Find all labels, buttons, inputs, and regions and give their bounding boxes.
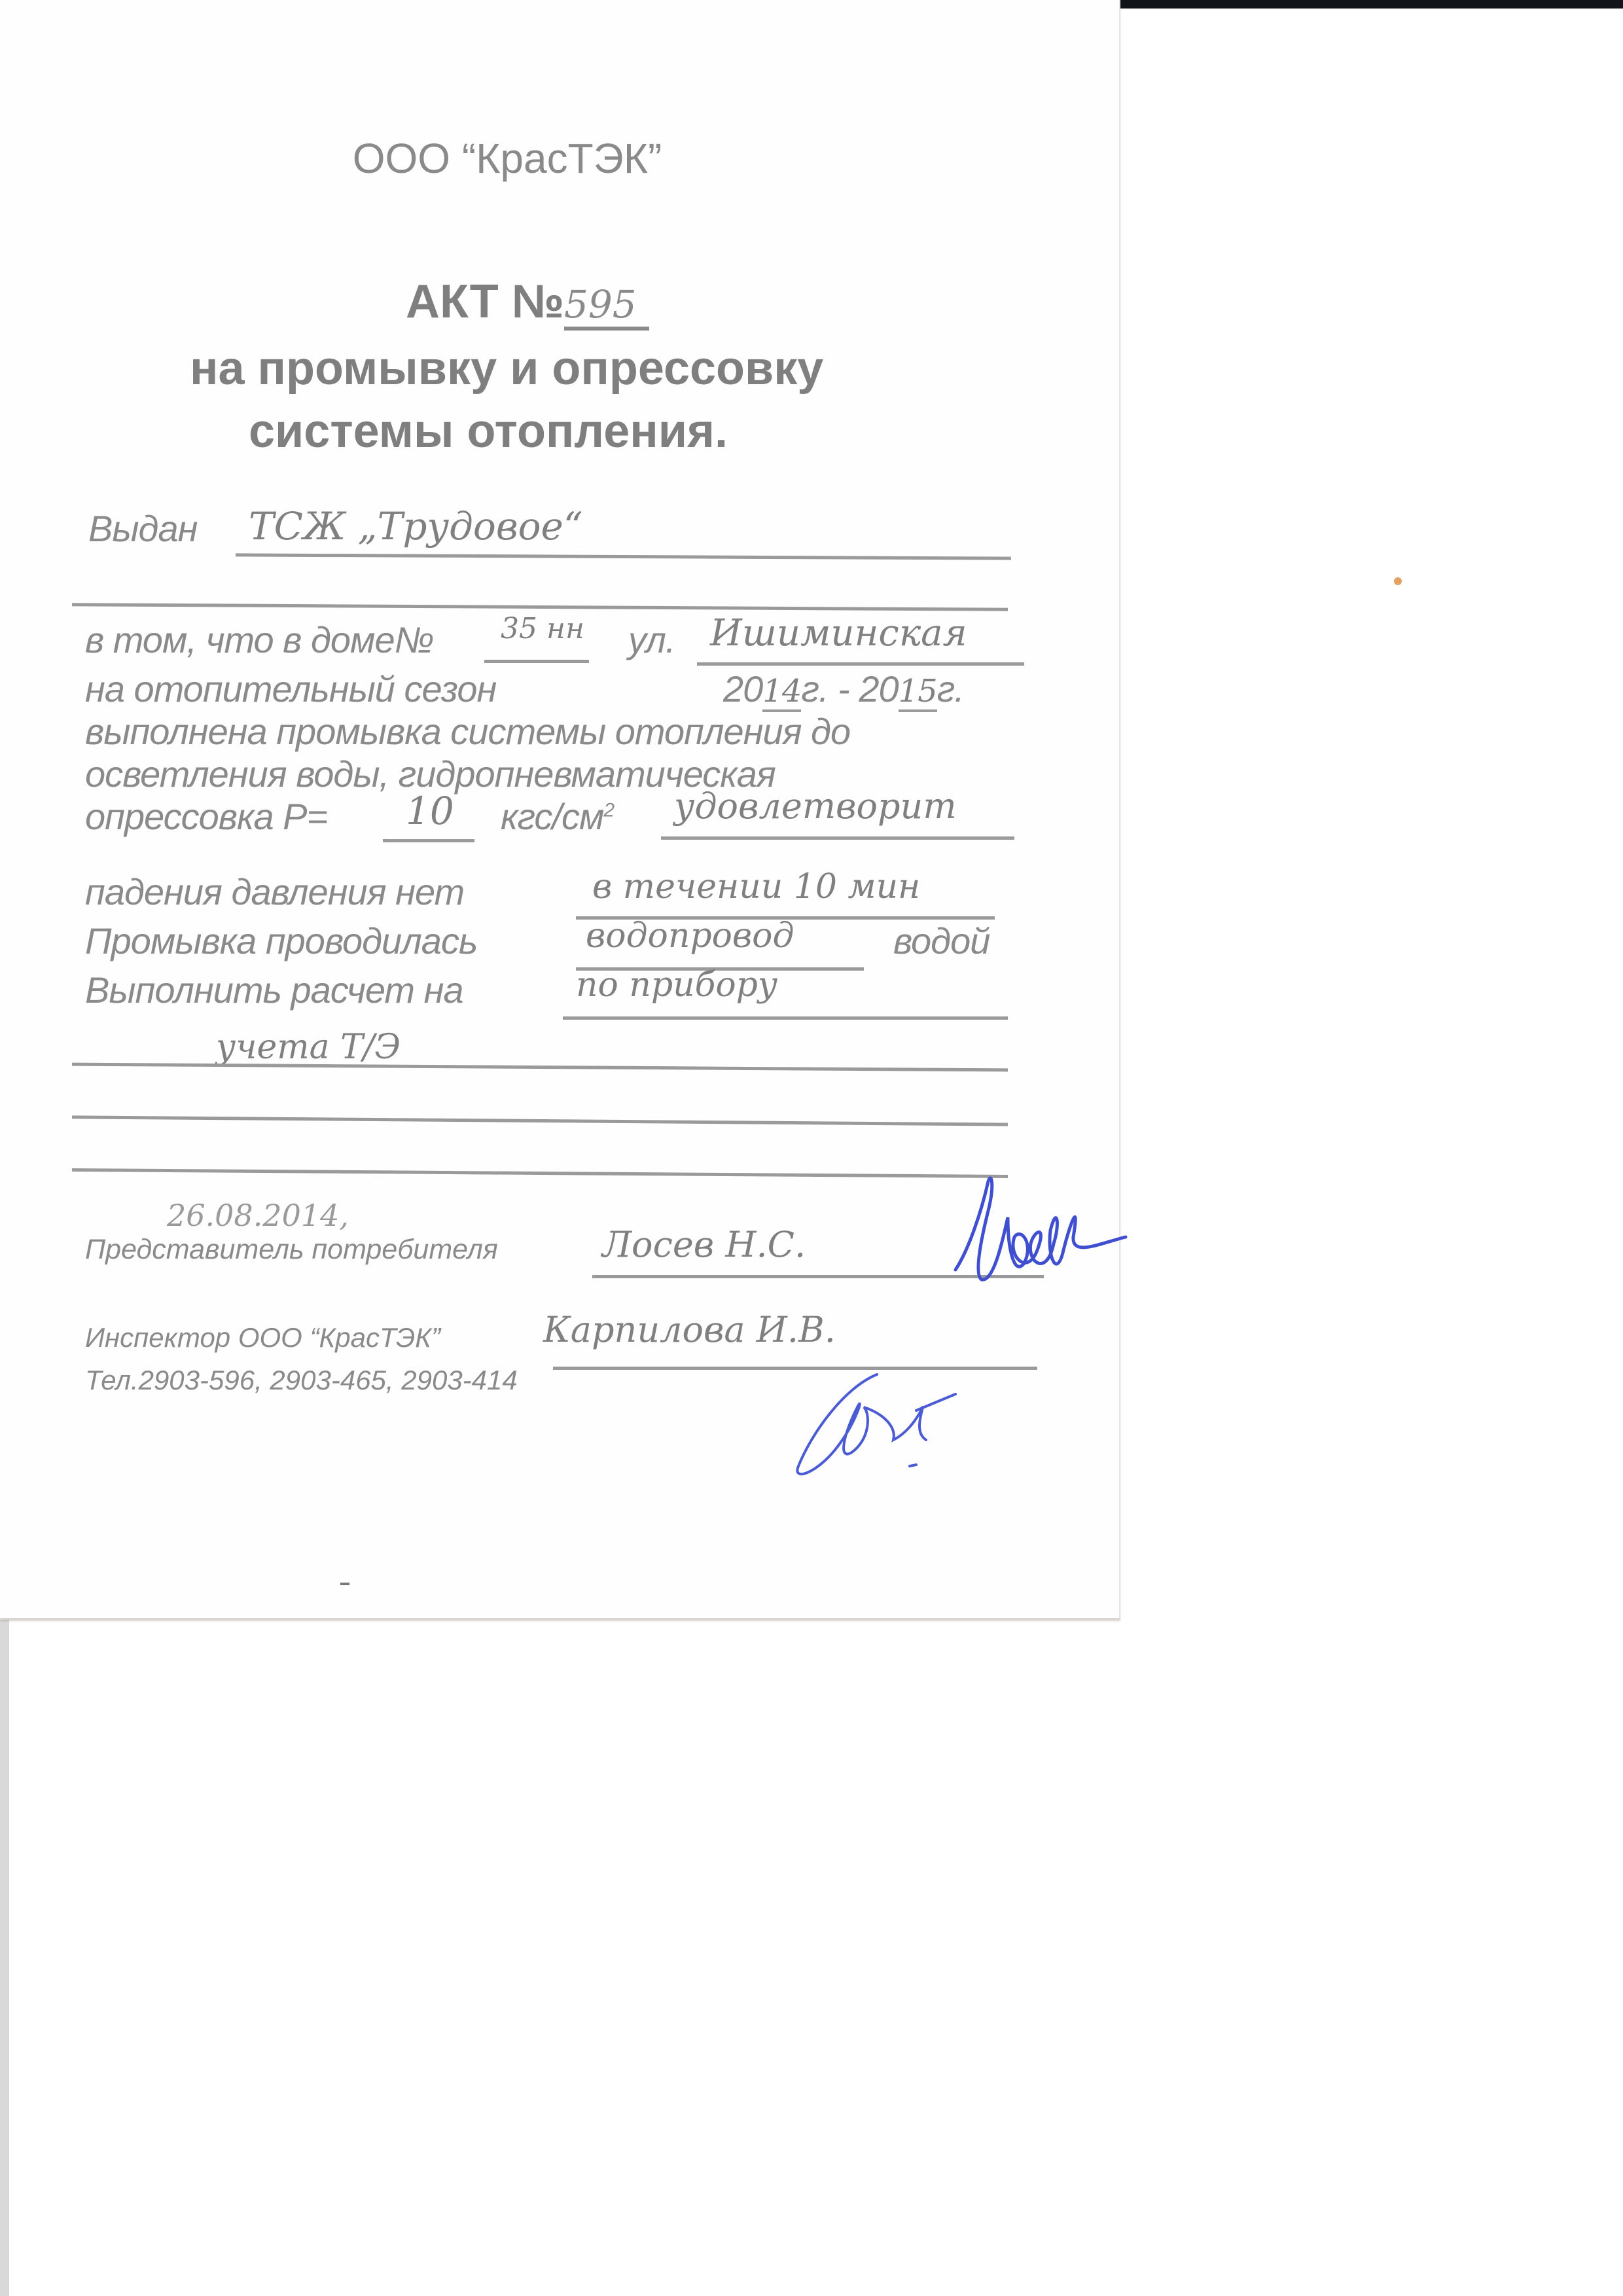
issued-to-value: ТСЖ „Трудовое“ — [249, 504, 583, 548]
season-to-value: 15 — [899, 673, 937, 712]
act-label: АКТ № — [406, 276, 564, 328]
season-label: на отопительный сезон — [85, 668, 496, 710]
organization-name: ООО “КрасТЭК” — [0, 134, 1119, 183]
calc-value-line2: учета Т/Э — [216, 1028, 401, 1067]
season-to-prefix: 20 — [859, 668, 898, 709]
house-label: в том, что в доме№ — [85, 619, 433, 661]
act-document: ООО “КрасТЭК” АКТ №595 на промывку и опр… — [0, 0, 1120, 1620]
pressure-unit-sup: 2 — [603, 799, 614, 821]
act-number: 595 — [564, 282, 649, 331]
flush-text-line1: выполнена промывка системы отопления до — [85, 710, 850, 753]
blank-line-3 — [72, 1168, 1008, 1178]
phones: Тел.2903-596, 2903-465, 2903-414 — [85, 1365, 518, 1396]
consumer-rep-name: Лосев Н.С. — [602, 1224, 806, 1265]
act-date: 26.08.2014, — [167, 1198, 349, 1233]
season-from-value: 14 — [762, 673, 801, 712]
pressure-unit: кгс/см2 — [501, 795, 614, 838]
season-from-suffix: г. - — [801, 668, 849, 709]
calc-label: Выполнить расчет на — [85, 969, 463, 1011]
calc-value-line1: по прибору — [576, 965, 777, 1005]
pressure-unit-text: кгс/см — [501, 796, 603, 837]
pressure-result: удовлетворит — [674, 785, 957, 827]
paper-speck — [1394, 577, 1402, 585]
scanner-margin — [0, 1618, 9, 2296]
pressure-underline — [383, 839, 474, 842]
inspector-signature — [785, 1368, 1021, 1479]
pressure-result-underline — [661, 836, 1014, 840]
consumer-rep-label: Представитель потребителя — [85, 1234, 498, 1266]
season-range: 2014г. - 2015г. — [723, 668, 964, 710]
flush-method-suffix: водой — [893, 920, 990, 962]
pressure-drop-label: падения давления нет — [85, 870, 464, 913]
calc-underline-1 — [563, 1016, 1008, 1020]
act-subtitle-line1: на промывку и опрессовку — [190, 342, 823, 395]
house-underline — [484, 660, 589, 663]
flush-method-value: водопровод — [586, 916, 794, 956]
scanner-border — [1098, 0, 1623, 9]
pressure-value: 10 — [406, 789, 454, 833]
act-subtitle-line2: системы отопления. — [249, 404, 728, 458]
consumer-signature — [942, 1172, 1132, 1289]
issued-to-underline — [236, 553, 1011, 560]
pressure-label: опрессовка Р= — [85, 795, 327, 838]
calc-underline-2 — [72, 1063, 1008, 1072]
issued-to-label: Выдан — [88, 507, 197, 550]
flush-method-label: Промывка проводилась — [85, 920, 477, 962]
blank-line — [72, 603, 1008, 611]
blank-line-2 — [72, 1115, 1008, 1126]
pressure-drop-value: в течении 10 мин — [592, 867, 920, 906]
season-to-suffix: г. — [937, 668, 964, 709]
inspector-name: Карпилова И.В. — [543, 1309, 836, 1350]
paper-mark — [340, 1583, 349, 1585]
street-value: Ишиминская — [710, 612, 967, 655]
inspector-label: Инспектор ООО “КрасТЭК” — [85, 1322, 440, 1354]
season-from-prefix: 20 — [723, 668, 762, 709]
act-title: АКТ №595 — [406, 275, 649, 331]
house-value: 35 нн — [501, 612, 584, 645]
street-underline — [697, 662, 1024, 666]
street-label: ул. — [628, 619, 675, 661]
